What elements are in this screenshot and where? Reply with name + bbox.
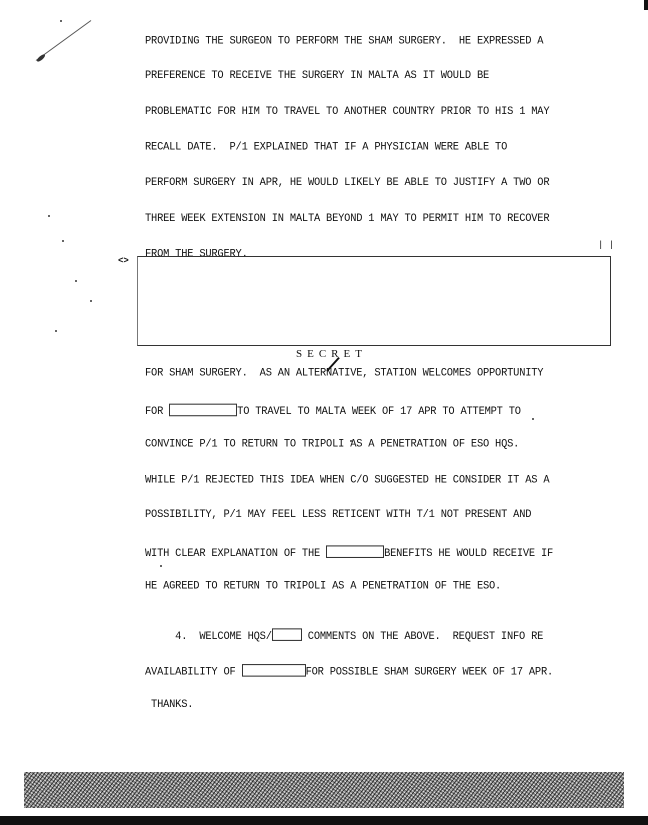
text-line: WITH CLEAR EXPLANATION OF THE BENEFITS H… <box>145 546 575 558</box>
scan-speck <box>350 440 352 442</box>
scan-speck <box>60 20 62 22</box>
text-segment: AVAILABILITY OF <box>145 666 242 679</box>
text-line: THANKS. <box>145 700 575 712</box>
scan-bottom-edge <box>0 816 648 825</box>
scan-speck <box>532 418 534 420</box>
text-segment: TO TRAVEL TO MALTA WEEK OF 17 APR TO ATT… <box>237 406 521 419</box>
text-line: RECALL DATE. P/1 EXPLAINED THAT IF A PHY… <box>145 142 575 154</box>
scan-speck <box>160 565 162 567</box>
scan-speck <box>90 300 92 302</box>
text-segment: FOR POSSIBLE SHAM SURGERY WEEK OF 17 APR… <box>306 666 553 679</box>
text-line: FOR SHAM SURGERY. AS AN ALTERNATIVE, STA… <box>145 368 575 380</box>
text-segment: FOR <box>145 406 169 419</box>
text-segment: COMMENTS ON THE ABOVE. REQUEST INFO RE <box>302 631 543 644</box>
scan-speck <box>75 280 77 282</box>
text-line: AVAILABILITY OF FOR POSSIBLE SHAM SURGER… <box>145 664 575 676</box>
text-line: PERFORM SURGERY IN APR, HE WOULD LIKELY … <box>145 178 575 190</box>
text-line: 4. WELCOME HQS/ COMMENTS ON THE ABOVE. R… <box>145 629 575 641</box>
text-line: THREE WEEK EXTENSION IN MALTA BEYOND 1 M… <box>145 214 575 226</box>
section-marker: <> <box>118 256 129 266</box>
scan-speck <box>55 330 57 332</box>
classification-label: SECRET <box>296 348 367 360</box>
text-line: WHILE P/1 REJECTED THIS IDEA WHEN C/O SU… <box>145 475 575 487</box>
end-ticks: | | <box>598 240 614 250</box>
text-line: PREFERENCE TO RECEIVE THE SURGERY IN MAL… <box>145 71 575 83</box>
scan-speck <box>48 215 50 217</box>
text-segment: BENEFITS HE WOULD RECEIVE IF <box>384 548 553 561</box>
redaction-box <box>169 403 237 416</box>
scan-noise-band <box>24 772 624 808</box>
document-page: PROVIDING THE SURGEON TO PERFORM THE SHA… <box>0 0 648 825</box>
redaction-box <box>326 546 384 559</box>
text-segment: 4. WELCOME HQS/ <box>145 631 272 644</box>
text-line: PROVIDING THE SURGEON TO PERFORM THE SHA… <box>145 36 575 48</box>
redacted-block <box>137 256 611 346</box>
handwritten-mark-blot <box>36 53 46 62</box>
text-line: POSSIBILITY, P/1 MAY FEEL LESS RETICENT … <box>145 510 575 522</box>
text-segment: WITH CLEAR EXPLANATION OF THE <box>145 548 326 561</box>
cable-body: PROVIDING THE SURGEON TO PERFORM THE SHA… <box>145 12 575 736</box>
text-line: FOR TO TRAVEL TO MALTA WEEK OF 17 APR TO… <box>145 403 575 415</box>
redaction-box <box>242 664 306 677</box>
text-line: PROBLEMATIC FOR HIM TO TRAVEL TO ANOTHER… <box>145 107 575 119</box>
redaction-box <box>272 629 302 642</box>
scan-speck <box>62 240 64 242</box>
text-line: CONVINCE P/1 TO RETURN TO TRIPOLI AS A P… <box>145 439 575 451</box>
scan-edge <box>644 0 648 10</box>
text-line: HE AGREED TO RETURN TO TRIPOLI AS A PENE… <box>145 581 575 593</box>
